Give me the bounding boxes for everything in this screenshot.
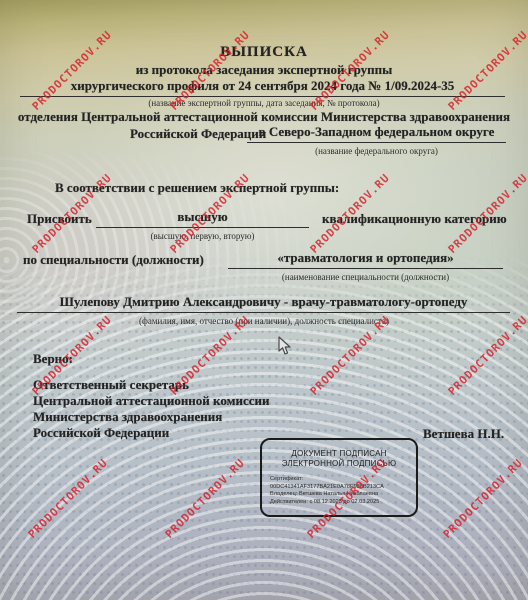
signature-name: Ветшева Н.Н. bbox=[423, 426, 504, 442]
caption-district: (название федерального округа) bbox=[247, 146, 506, 156]
specialty-value-blank: «травматология и ортопедия» bbox=[228, 250, 503, 269]
caption-specialty: (наименование специальности (должности) bbox=[228, 272, 503, 282]
document-photo: ВЫПИСКА из протокола заседания экспертно… bbox=[0, 0, 528, 600]
rf-line: Российской Федерации bbox=[130, 126, 266, 142]
stamp-certificate: Сертификат: 00DC41341AF3177BA21E0A78E936… bbox=[270, 476, 416, 491]
secretary-block: Ответственный секретарь Центральной атте… bbox=[33, 377, 269, 441]
district-line: в Северо-Западном федеральном округе bbox=[247, 124, 506, 143]
subtitle-line-2: хирургического профиля от 24 сентября 20… bbox=[20, 78, 505, 97]
secretary-line: Центральной аттестационной комиссии bbox=[33, 393, 269, 409]
secretary-line: Министерства здравоохранения bbox=[33, 409, 269, 425]
secretary-line: Российской Федерации bbox=[33, 425, 269, 441]
caption-assign: (высшую, первую, вторую) bbox=[96, 231, 309, 241]
secretary-line: Ответственный секретарь bbox=[33, 377, 269, 393]
caption-person: (фамилия, имя, отчество (при наличии), д… bbox=[0, 316, 528, 326]
mouse-cursor bbox=[278, 336, 292, 356]
